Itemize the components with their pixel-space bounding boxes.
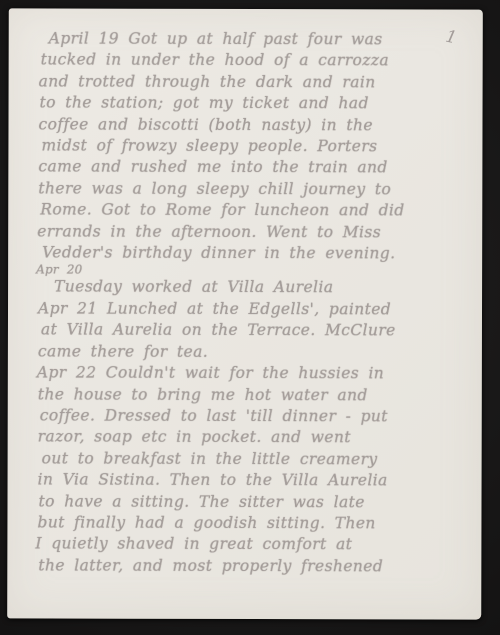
handwritten-line: April 19 Got up at half past four was [49,28,471,51]
handwritten-line: in Via Sistina. Then to the Villa Aureli… [38,470,470,493]
photograph-background: { "photo": { "background_color": "#1a1a1… [0,0,500,635]
handwritten-line: Vedder's birthday dinner in the evening. [42,243,470,266]
handwritten-line: tucked in under the hood of a carrozza [41,50,471,73]
handwritten-line: to the station; got my ticket and had [40,93,471,116]
handwritten-line: there was a long sleepy chill journey to [38,178,470,201]
handwritten-line: Apr 22 Couldn't wait for the hussies in [37,363,470,386]
handwritten-line: the latter, and most properly freshened [38,555,469,578]
handwritten-line: came there for tea. [38,341,470,364]
handwritten-line: midst of frowzy sleepy people. Porters [41,135,470,158]
handwritten-line: coffee and biscotti (both nasty) in the [38,114,470,137]
handwritten-line: Tuesday worked at Villa Aurelia [54,277,470,299]
handwritten-line: came and rushed me into the train and [38,157,470,180]
handwritten-line: Apr 21 Lunched at the Edgells', painted [38,298,470,321]
handwritten-text-block: April 19 Got up at half past four was tu… [37,28,470,577]
handwritten-line: razor, soap etc in pocket. and went [38,427,470,450]
manuscript-page: 1 April 19 Got up at half past four was … [7,8,483,619]
handwritten-line: Rome. Got to Rome for luncheon and did [40,200,470,223]
handwritten-line: I quietly shaved in great comfort at [35,534,469,557]
photo-backdrop: 1 April 19 Got up at half past four was … [0,0,500,635]
handwritten-line: out to breakfast in the little creamery [42,448,470,471]
handwritten-line: but finally had a goodish sitting. Then [37,512,469,535]
handwritten-line: the house to bring me hot water and [38,384,470,407]
handwritten-line: errands in the afternoon. Went to Miss [37,221,470,244]
handwritten-line: to have a sitting. The sitter was late [38,491,469,514]
handwritten-line: at Villa Aurelia on the Terrace. McClure [41,320,470,343]
handwritten-line: and trotted through the dark and rain [39,71,471,94]
handwritten-line: coffee. Dressed to last 'till dinner - p… [40,405,470,428]
handwritten-date-insert: Apr 20 [36,264,470,278]
